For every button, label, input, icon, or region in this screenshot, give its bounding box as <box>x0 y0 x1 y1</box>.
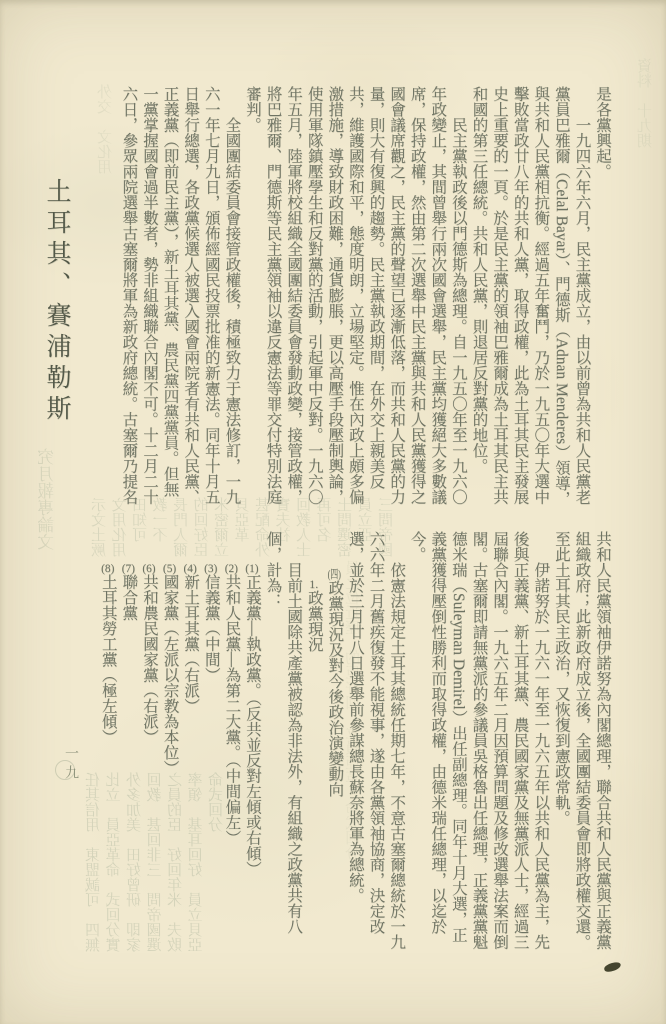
margin-title: 土耳其、賽浦勒斯 <box>38 178 74 426</box>
scanned-document-page: 示文土厥 文用化用 田知可 教一不 長門人爾 的回好臣 米密爾立 貝亞革 甚配命… <box>0 0 666 1024</box>
item-number: (5) <box>163 562 177 574</box>
lower-text-block: 共和人民黨領袖伊諾努為內閣總理，聯合共和人民黨與正義黨組織政府；此新政府成立後，… <box>94 531 612 955</box>
paragraph: 伊諾努於一九六一年至一九六五年以共和人民黨為主，先後與正義黨、新土耳其黨、農民國… <box>406 531 550 955</box>
party-list-item: (2)共和人民黨—為第二大黨。（中間偏左） <box>221 531 242 955</box>
item-text: 共和人民黨—為第二大黨。（中間偏左） <box>223 574 240 845</box>
sub-heading-number: 1. <box>307 578 321 590</box>
bleedthrough-text: 資料 十九期 <box>636 58 658 388</box>
item-number: (2) <box>224 562 238 574</box>
paragraph: 依憲法規定土耳其總統任期七年，不意古塞爾總統於一九六六年二月舊疾復發不能視事，遂… <box>344 531 406 955</box>
party-list-item: (5)國家黨（左派以宗教為本位） <box>159 531 180 955</box>
item-text: 國家黨（左派以宗教為本位） <box>162 574 179 776</box>
item-text: 聯合黨 <box>120 574 137 621</box>
party-list-item: (8)土耳其勞工黨（極左傾） <box>97 531 118 955</box>
party-list-item: (4)新土耳其黨（右派） <box>180 531 201 955</box>
item-number: (4) <box>183 562 197 574</box>
upper-text-block: 是各黨興起。 一九四六年六月，民主黨成立，由以前曾為共和人民黨老黨員巴雅爾（Ce… <box>94 86 612 510</box>
item-text: 正義黨—執政黨。（反共並反對左傾或右傾） <box>244 574 261 876</box>
item-number: (8) <box>101 562 115 574</box>
page-number: 一九 <box>60 746 80 784</box>
sub-heading: 1.政黨現況 <box>303 531 324 955</box>
bleedthrough-text: 究月報專論文 <box>38 448 62 568</box>
item-text: 信義黨（中間） <box>203 574 220 683</box>
item-number: (6) <box>142 562 156 574</box>
item-text: 共和農民國家黨（右派） <box>141 574 158 745</box>
ink-smudge-mark <box>603 961 621 973</box>
paragraph-continuation: 共和人民黨領袖伊諾努為內閣總理，聯合共和人民黨與正義黨組織政府；此新政府成立後，… <box>550 531 612 955</box>
item-text: 土耳其勞工黨（極左傾） <box>100 574 117 745</box>
paragraph: 一九四六年六月，民主黨成立，由以前曾為共和人民黨老黨員巴雅爾（Celal Bay… <box>468 86 592 510</box>
party-list-item: (3)信義黨（中間） <box>200 531 221 955</box>
sub-heading-text: 政黨現況 <box>306 590 323 652</box>
section-heading-text: 政黨現況及對今後政治演變動向 <box>326 580 343 797</box>
party-list-item: (1)正義黨—執政黨。（反共並反對左傾或右傾） <box>241 531 262 955</box>
item-number: (7) <box>121 562 135 574</box>
paragraph-continuation: 是各黨興起。 <box>591 86 612 510</box>
party-list-item: (6)共和農民國家黨（右派） <box>138 531 159 955</box>
item-number: (3) <box>204 562 218 574</box>
party-list-item: (7)聯合黨 <box>118 531 139 955</box>
section-heading: (四)政黨現況及對今後政治演變動向 <box>324 531 345 955</box>
party-list: (1)正義黨—執政黨。（反共並反對左傾或右傾） (2)共和人民黨—為第二大黨。（… <box>97 531 262 955</box>
paragraph: 目前土國除共產黨被認為非法外，有組織之政黨共有八個，計為： <box>262 531 303 955</box>
item-number: (1) <box>245 562 259 574</box>
item-text: 新土耳其黨（右派） <box>182 574 199 714</box>
paragraph: 民主黨執政後以門德斯為總理。自一九五〇年至一九六〇年政變止，其間曾舉行兩次國會選… <box>241 86 468 510</box>
section-number: (四) <box>327 568 341 580</box>
paragraph: 全國團結委員會接管政權後，積極致力于憲法修訂，一九六一年七月九日，頒佈經國民投票… <box>118 86 242 510</box>
